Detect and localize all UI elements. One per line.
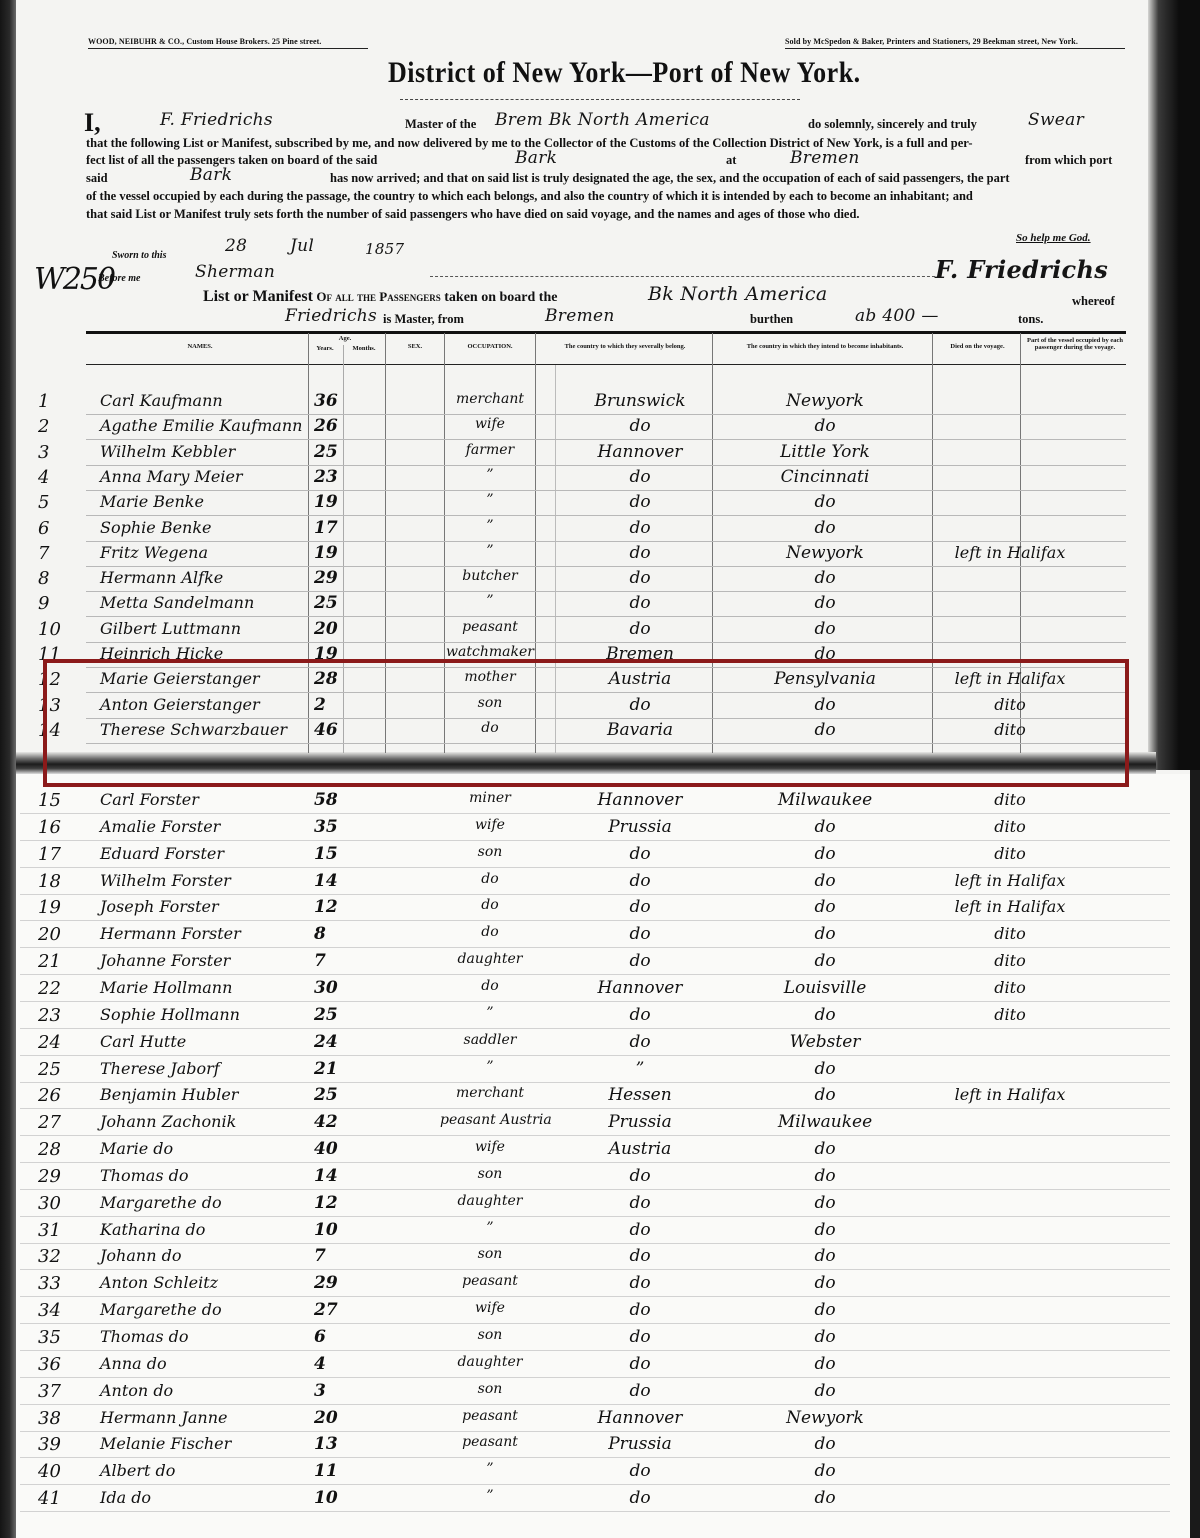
passenger-occupation: do	[440, 978, 540, 994]
passenger-country: do	[555, 416, 725, 436]
passenger-country: do	[555, 1032, 725, 1052]
table-row: 40Albert do11”dodo	[0, 1461, 1200, 1485]
tons-label: tons.	[1018, 312, 1043, 327]
passenger-country: do	[555, 1327, 725, 1347]
passenger-country: do	[555, 619, 725, 639]
table-row: 2Agathe Emilie Kaufmann26wifedodo	[0, 416, 1200, 440]
from-which-port: from which port	[1025, 153, 1112, 168]
passenger-number: 10	[38, 619, 61, 640]
passenger-name: Anton Schleitz	[100, 1273, 218, 1292]
passenger-died-note: dito	[905, 1005, 1115, 1024]
passenger-occupation: daughter	[440, 1193, 540, 1209]
margin-note: W250	[34, 262, 114, 297]
passenger-occupation: do	[440, 924, 540, 940]
said-label: said	[86, 171, 108, 186]
col-years: Years.	[308, 346, 342, 353]
passenger-age: 19	[314, 492, 338, 512]
passenger-occupation: farmer	[440, 442, 540, 458]
passenger-age: 4	[314, 1354, 326, 1374]
manifest-label-caps: Of all the Passengers	[316, 289, 440, 304]
passenger-country: do	[555, 1381, 725, 1401]
col-died: Died on the voyage.	[935, 344, 1020, 351]
passenger-name: Wilhelm Kebbler	[100, 442, 235, 461]
passenger-age: 15	[314, 844, 338, 864]
passenger-country: Hannover	[555, 1408, 725, 1428]
oath-i: I,	[84, 108, 101, 138]
sworn-day: 28	[225, 236, 247, 256]
passenger-age: 25	[314, 1085, 338, 1105]
passenger-occupation: merchant	[440, 1085, 540, 1101]
imprint-left: WOOD, NEIBUHR & CO., Custom House Broker…	[88, 37, 368, 49]
passenger-destination: do	[735, 518, 915, 538]
manifest-page: WOOD, NEIBUHR & CO., Custom House Broker…	[0, 0, 1200, 1538]
passenger-died-note: dito	[905, 844, 1115, 863]
passenger-destination: Cincinnati	[735, 467, 915, 487]
passenger-number: 18	[38, 871, 61, 892]
passenger-number: 27	[38, 1112, 61, 1133]
oath-line-6: that said List or Manifest truly sets fo…	[86, 207, 860, 222]
table-row: 23Sophie Hollmann25”dododito	[0, 1005, 1200, 1029]
passenger-number: 28	[38, 1139, 61, 1160]
passenger-number: 26	[38, 1085, 61, 1106]
table-row: 6Sophie Benke17”dodo	[0, 518, 1200, 542]
passenger-destination: do	[735, 1488, 915, 1508]
sworn-label: Sworn to this	[112, 250, 166, 261]
col-country-intend: The country in which they intend to beco…	[715, 344, 935, 351]
table-row: 33Anton Schleitz29peasantdodo	[0, 1273, 1200, 1297]
passenger-destination: do	[735, 1327, 915, 1347]
col-names: NAMES.	[150, 344, 250, 351]
sworn-year: 1857	[365, 240, 404, 258]
passenger-died-note: left in Halifax	[905, 543, 1115, 562]
passenger-name: Thomas do	[100, 1327, 189, 1346]
passenger-occupation: son	[440, 1381, 540, 1397]
table-row: 16Amalie Forster35wifePrussiadodito	[0, 817, 1200, 841]
passenger-occupation: peasant	[440, 1434, 540, 1450]
passenger-country: do	[555, 1461, 725, 1481]
passenger-name: Johann Zachonik	[100, 1112, 236, 1131]
passenger-country: Hessen	[555, 1085, 725, 1105]
passenger-name: Ida do	[100, 1488, 151, 1507]
passenger-destination: do	[735, 1381, 915, 1401]
header-bottom-rule	[86, 364, 1126, 365]
burthen-value: ab 400 —	[855, 306, 939, 326]
highlight-box	[43, 659, 1129, 787]
whereof-label: whereof	[1072, 294, 1115, 309]
swear-text: do solemnly, sincerely and truly	[808, 117, 977, 132]
table-row: 22Marie Hollmann30doHannoverLouisvilledi…	[0, 978, 1200, 1002]
passenger-age: 30	[314, 978, 338, 998]
passenger-occupation: ”	[440, 467, 540, 483]
passenger-destination: do	[735, 416, 915, 436]
manifest-label: List or Manifest Of all the Passengers t…	[203, 288, 557, 306]
col-months: Months.	[345, 346, 383, 353]
passenger-occupation: son	[440, 1246, 540, 1262]
passenger-destination: do	[735, 844, 915, 864]
so-help-me-god: So help me God.	[1016, 232, 1091, 244]
passenger-age: 6	[314, 1327, 326, 1347]
table-row: 19Joseph Forster12dododoleft in Halifax	[0, 897, 1200, 921]
passenger-name: Carl Hutte	[100, 1032, 186, 1051]
passenger-country: do	[555, 1354, 725, 1374]
manifest-label-gothic: List or Manifest	[203, 288, 313, 305]
passenger-occupation: wife	[440, 817, 540, 833]
table-row: 10Gilbert Luttmann20peasantdodo	[0, 619, 1200, 643]
passenger-country: do	[555, 1193, 725, 1213]
passenger-number: 2	[38, 416, 49, 437]
passenger-occupation: wife	[440, 1300, 540, 1316]
passenger-age: 42	[314, 1112, 338, 1132]
passenger-number: 9	[38, 593, 49, 614]
passenger-occupation: wife	[440, 1139, 540, 1155]
passenger-destination: do	[735, 924, 915, 944]
passenger-name: Metta Sandelmann	[100, 593, 254, 612]
passenger-age: 10	[314, 1220, 338, 1240]
passenger-age: 20	[314, 1408, 338, 1428]
passenger-age: 36	[314, 391, 338, 411]
table-row: 38Hermann Janne20peasantHannoverNewyork	[0, 1408, 1200, 1432]
is-master-from: is Master, from	[383, 312, 464, 327]
at-label: at	[726, 153, 736, 168]
table-row: 32Johann do7sondodo	[0, 1246, 1200, 1270]
passenger-occupation: saddler	[440, 1032, 540, 1048]
passenger-name: Carl Kaufmann	[100, 391, 223, 410]
passenger-number: 5	[38, 492, 49, 513]
passenger-country: do	[555, 844, 725, 864]
passenger-name: Margarethe do	[100, 1300, 222, 1319]
passenger-destination: do	[735, 1220, 915, 1240]
passenger-destination: do	[735, 1005, 915, 1025]
passenger-occupation: ”	[440, 492, 540, 508]
passenger-died-note: dito	[905, 951, 1115, 970]
passenger-country: do	[555, 492, 725, 512]
passenger-name: Anna Mary Meier	[100, 467, 243, 486]
passenger-age: 25	[314, 442, 338, 462]
passenger-died-note: dito	[905, 978, 1115, 997]
passenger-number: 24	[38, 1032, 61, 1053]
passenger-destination: do	[735, 817, 915, 837]
passenger-name: Johanne Forster	[100, 951, 230, 970]
passenger-name: Johann do	[100, 1246, 181, 1265]
passenger-name: Marie do	[100, 1139, 173, 1158]
passenger-country: do	[555, 543, 725, 563]
passenger-destination: Milwaukee	[735, 1112, 915, 1132]
from-port: Bremen	[790, 148, 860, 168]
passenger-name: Hermann Alfke	[100, 568, 223, 587]
passenger-name: Joseph Forster	[100, 897, 219, 916]
passenger-age: 11	[314, 1461, 338, 1481]
passenger-died-note: left in Halifax	[905, 897, 1115, 916]
passenger-age: 12	[314, 1193, 338, 1213]
vessel-name: Brem Bk North America	[495, 110, 710, 130]
passenger-destination: do	[735, 593, 915, 613]
table-row: 41Ida do10”dodo	[0, 1488, 1200, 1512]
passenger-age: 12	[314, 897, 338, 917]
passenger-country: do	[555, 593, 725, 613]
passenger-destination: do	[735, 1273, 915, 1293]
passenger-destination: Webster	[735, 1032, 915, 1052]
passenger-destination: Louisville	[735, 978, 915, 998]
passenger-age: 40	[314, 1139, 338, 1159]
passenger-age: 25	[314, 1005, 338, 1025]
table-row: 18Wilhelm Forster14dododoleft in Halifax	[0, 871, 1200, 895]
passenger-age: 23	[314, 467, 338, 487]
passenger-occupation: butcher	[440, 568, 540, 584]
passenger-country: do	[555, 518, 725, 538]
before-signature: Sherman	[195, 262, 275, 282]
passenger-name: Katharina do	[100, 1220, 205, 1239]
passenger-country: do	[555, 1005, 725, 1025]
passenger-country: Hannover	[555, 978, 725, 998]
passenger-destination: do	[735, 1434, 915, 1454]
passenger-country: ”	[555, 1059, 725, 1079]
passenger-number: 6	[38, 518, 49, 539]
manifest-vessel: Bk North America	[648, 283, 827, 305]
table-row: 5Marie Benke19”dodo	[0, 492, 1200, 516]
passenger-number: 41	[38, 1488, 61, 1509]
passenger-destination: do	[735, 1139, 915, 1159]
passenger-country: do	[555, 951, 725, 971]
col-country-belong: The country to which they severally belo…	[540, 344, 710, 351]
col-sex: SEX.	[390, 344, 440, 351]
swear-word: Swear	[1028, 110, 1084, 130]
passenger-occupation: daughter	[440, 951, 540, 967]
passenger-country: do	[555, 1488, 725, 1508]
passenger-died-note: left in Halifax	[905, 871, 1115, 890]
passenger-occupation: miner	[440, 790, 540, 806]
passenger-number: 8	[38, 568, 49, 589]
signature-line	[430, 276, 940, 277]
passenger-name: Hermann Janne	[100, 1408, 228, 1427]
imprint-right: Sold by McSpedon & Baker, Printers and S…	[785, 37, 1125, 49]
passenger-number: 38	[38, 1408, 61, 1429]
passenger-number: 37	[38, 1381, 61, 1402]
passenger-destination: Milwaukee	[735, 790, 915, 810]
passenger-name: Margarethe do	[100, 1193, 222, 1212]
passenger-number: 40	[38, 1461, 61, 1482]
passenger-destination: do	[735, 951, 915, 971]
passenger-occupation: ”	[440, 1059, 540, 1075]
passenger-destination: do	[735, 1246, 915, 1266]
passenger-number: 17	[38, 844, 61, 865]
passenger-age: 14	[314, 871, 338, 891]
passenger-age: 7	[314, 951, 326, 971]
passenger-country: do	[555, 1220, 725, 1240]
passenger-country: do	[555, 924, 725, 944]
oath-line-5: of the vessel occupied by each during th…	[86, 189, 973, 204]
passenger-number: 19	[38, 897, 61, 918]
passenger-destination: do	[735, 897, 915, 917]
passenger-country: do	[555, 1273, 725, 1293]
passenger-destination: do	[735, 619, 915, 639]
passenger-name: Thomas do	[100, 1166, 189, 1185]
manifest-master: Friedrichs	[285, 306, 377, 326]
passenger-name: Agathe Emilie Kaufmann	[100, 416, 302, 435]
manifest-from-port: Bremen	[545, 306, 615, 326]
passenger-number: 35	[38, 1327, 61, 1348]
table-row: 8Hermann Alfke29butcherdodo	[0, 568, 1200, 592]
passenger-country: do	[555, 467, 725, 487]
passenger-died-note: dito	[905, 817, 1115, 836]
master-of-label: Master of the	[405, 117, 476, 132]
passenger-occupation: do	[440, 897, 540, 913]
passenger-country: Hannover	[555, 442, 725, 462]
passenger-name: Marie Benke	[100, 492, 204, 511]
passenger-age: 35	[314, 817, 338, 837]
passenger-name: Wilhelm Forster	[100, 871, 231, 890]
passenger-name: Gilbert Luttmann	[100, 619, 241, 638]
table-row: 26Benjamin Hubler25merchantHessendoleft …	[0, 1085, 1200, 1109]
passenger-name: Fritz Wegena	[100, 543, 208, 562]
table-row: 37Anton do3sondodo	[0, 1381, 1200, 1405]
passenger-died-note: left in Halifax	[905, 1085, 1115, 1104]
vessel-type-2: Bark	[190, 165, 232, 185]
passenger-country: do	[555, 1300, 725, 1320]
passenger-destination: do	[735, 1193, 915, 1213]
passenger-country: do	[555, 871, 725, 891]
passenger-name: Hermann Forster	[100, 924, 241, 943]
passenger-number: 36	[38, 1354, 61, 1375]
passenger-country: do	[555, 1166, 725, 1186]
passenger-occupation: peasant	[440, 619, 540, 635]
passenger-age: 27	[314, 1300, 338, 1320]
passenger-destination: do	[735, 871, 915, 891]
manifest-label-rest: taken on board the	[444, 290, 557, 305]
passenger-name: Carl Forster	[100, 790, 199, 809]
table-row: 17Eduard Forster15sondododito	[0, 844, 1200, 868]
table-row: 15Carl Forster58minerHannoverMilwaukeedi…	[0, 790, 1200, 814]
passenger-age: 29	[314, 1273, 338, 1293]
master-signature: F. Friedrichs	[935, 255, 1108, 284]
passenger-destination: do	[735, 1300, 915, 1320]
passenger-age: 8	[314, 924, 326, 944]
passenger-occupation: watchmaker	[440, 644, 540, 660]
passenger-destination: do	[735, 1059, 915, 1079]
passenger-country: Prussia	[555, 1434, 725, 1454]
header-thick-rule	[86, 331, 1126, 334]
passenger-destination: do	[735, 1461, 915, 1481]
passenger-destination: do	[735, 1166, 915, 1186]
passenger-name: Therese Jaborf	[100, 1059, 220, 1078]
passenger-country: do	[555, 568, 725, 588]
passenger-age: 58	[314, 790, 338, 810]
passenger-age: 10	[314, 1488, 338, 1508]
passenger-age: 7	[314, 1246, 326, 1266]
passenger-number: 1	[38, 391, 49, 412]
passenger-occupation: do	[440, 871, 540, 887]
passenger-number: 3	[38, 442, 49, 463]
passenger-age: 14	[314, 1166, 338, 1186]
passenger-age: 24	[314, 1032, 338, 1052]
passenger-age: 29	[314, 568, 338, 588]
passenger-destination: Newyork	[735, 1408, 915, 1428]
passenger-name: Benjamin Hubler	[100, 1085, 238, 1104]
table-row: 36Anna do4daughterdodo	[0, 1354, 1200, 1378]
passenger-name: Sophie Benke	[100, 518, 212, 537]
passenger-occupation: son	[440, 1327, 540, 1343]
table-row: 24Carl Hutte24saddlerdoWebster	[0, 1032, 1200, 1056]
table-row: 4Anna Mary Meier23”doCincinnati	[0, 467, 1200, 491]
passenger-country: do	[555, 897, 725, 917]
passenger-country: Hannover	[555, 790, 725, 810]
passenger-occupation: son	[440, 844, 540, 860]
table-row: 31Katharina do10”dodo	[0, 1220, 1200, 1244]
passenger-number: 21	[38, 951, 61, 972]
passenger-occupation: wife	[440, 416, 540, 432]
table-row: 28Marie do40wifeAustriado	[0, 1139, 1200, 1163]
passenger-name: Albert do	[100, 1461, 175, 1480]
passenger-destination: do	[735, 1085, 915, 1105]
col-part-vessel: Part of the vessel occupied by each pass…	[1025, 338, 1125, 352]
table-row: 29Thomas do14sondodo	[0, 1166, 1200, 1190]
passenger-destination: do	[735, 568, 915, 588]
table-row: 1Carl Kaufmann36merchantBrunswickNewyork	[0, 391, 1200, 415]
passenger-number: 30	[38, 1193, 61, 1214]
passenger-age: 17	[314, 518, 338, 538]
passenger-age: 19	[314, 543, 338, 563]
passenger-occupation: peasant	[440, 1273, 540, 1289]
passenger-name: Marie Hollmann	[100, 978, 232, 997]
passenger-name: Eduard Forster	[100, 844, 224, 863]
passenger-name: Melanie Fischer	[100, 1434, 231, 1453]
passenger-country: do	[555, 1246, 725, 1266]
passenger-number: 32	[38, 1246, 61, 1267]
page-title: District of New York—Port of New York.	[388, 56, 861, 91]
passenger-age: 25	[314, 593, 338, 613]
passenger-died-note: dito	[905, 790, 1115, 809]
passenger-number: 25	[38, 1059, 61, 1080]
passenger-country: Austria	[555, 1139, 725, 1159]
table-row: 25Therese Jaborf21””do	[0, 1059, 1200, 1083]
passenger-occupation: ”	[440, 1005, 540, 1021]
passenger-destination: Little York	[735, 442, 915, 462]
passenger-number: 23	[38, 1005, 61, 1026]
passenger-age: 13	[314, 1434, 338, 1454]
passenger-occupation: daughter	[440, 1354, 540, 1370]
passenger-occupation: peasant Austria	[440, 1112, 540, 1128]
passenger-number: 15	[38, 790, 61, 811]
passenger-name: Anna do	[100, 1354, 167, 1373]
title-underline	[400, 99, 800, 100]
passenger-occupation: ”	[440, 1461, 540, 1477]
table-row: 9Metta Sandelmann25”dodo	[0, 593, 1200, 617]
passenger-age: 26	[314, 416, 338, 436]
passenger-occupation: ”	[440, 518, 540, 534]
passenger-country: Prussia	[555, 817, 725, 837]
col-occupation: OCCUPATION.	[445, 344, 535, 351]
passenger-destination: Newyork	[735, 391, 915, 411]
passenger-country: Prussia	[555, 1112, 725, 1132]
passenger-number: 16	[38, 817, 61, 838]
passenger-occupation: ”	[440, 543, 540, 559]
passenger-occupation: merchant	[440, 391, 540, 407]
passenger-destination: Newyork	[735, 543, 915, 563]
table-row: 39Melanie Fischer13peasantPrussiado	[0, 1434, 1200, 1458]
passenger-occupation: ”	[440, 593, 540, 609]
master-name: F. Friedrichs	[160, 110, 273, 130]
oath-line-4: has now arrived; and that on said list i…	[330, 171, 1010, 186]
vessel-type: Bark	[515, 148, 557, 168]
passenger-age: 20	[314, 619, 338, 639]
burthen-label: burthen	[750, 312, 793, 327]
passenger-occupation: peasant	[440, 1408, 540, 1424]
passenger-number: 31	[38, 1220, 61, 1241]
passenger-occupation: ”	[440, 1220, 540, 1236]
sworn-month: Jul	[290, 236, 314, 256]
table-row: 20Hermann Forster8dodododito	[0, 924, 1200, 948]
passenger-number: 33	[38, 1273, 61, 1294]
passenger-destination: do	[735, 1354, 915, 1374]
